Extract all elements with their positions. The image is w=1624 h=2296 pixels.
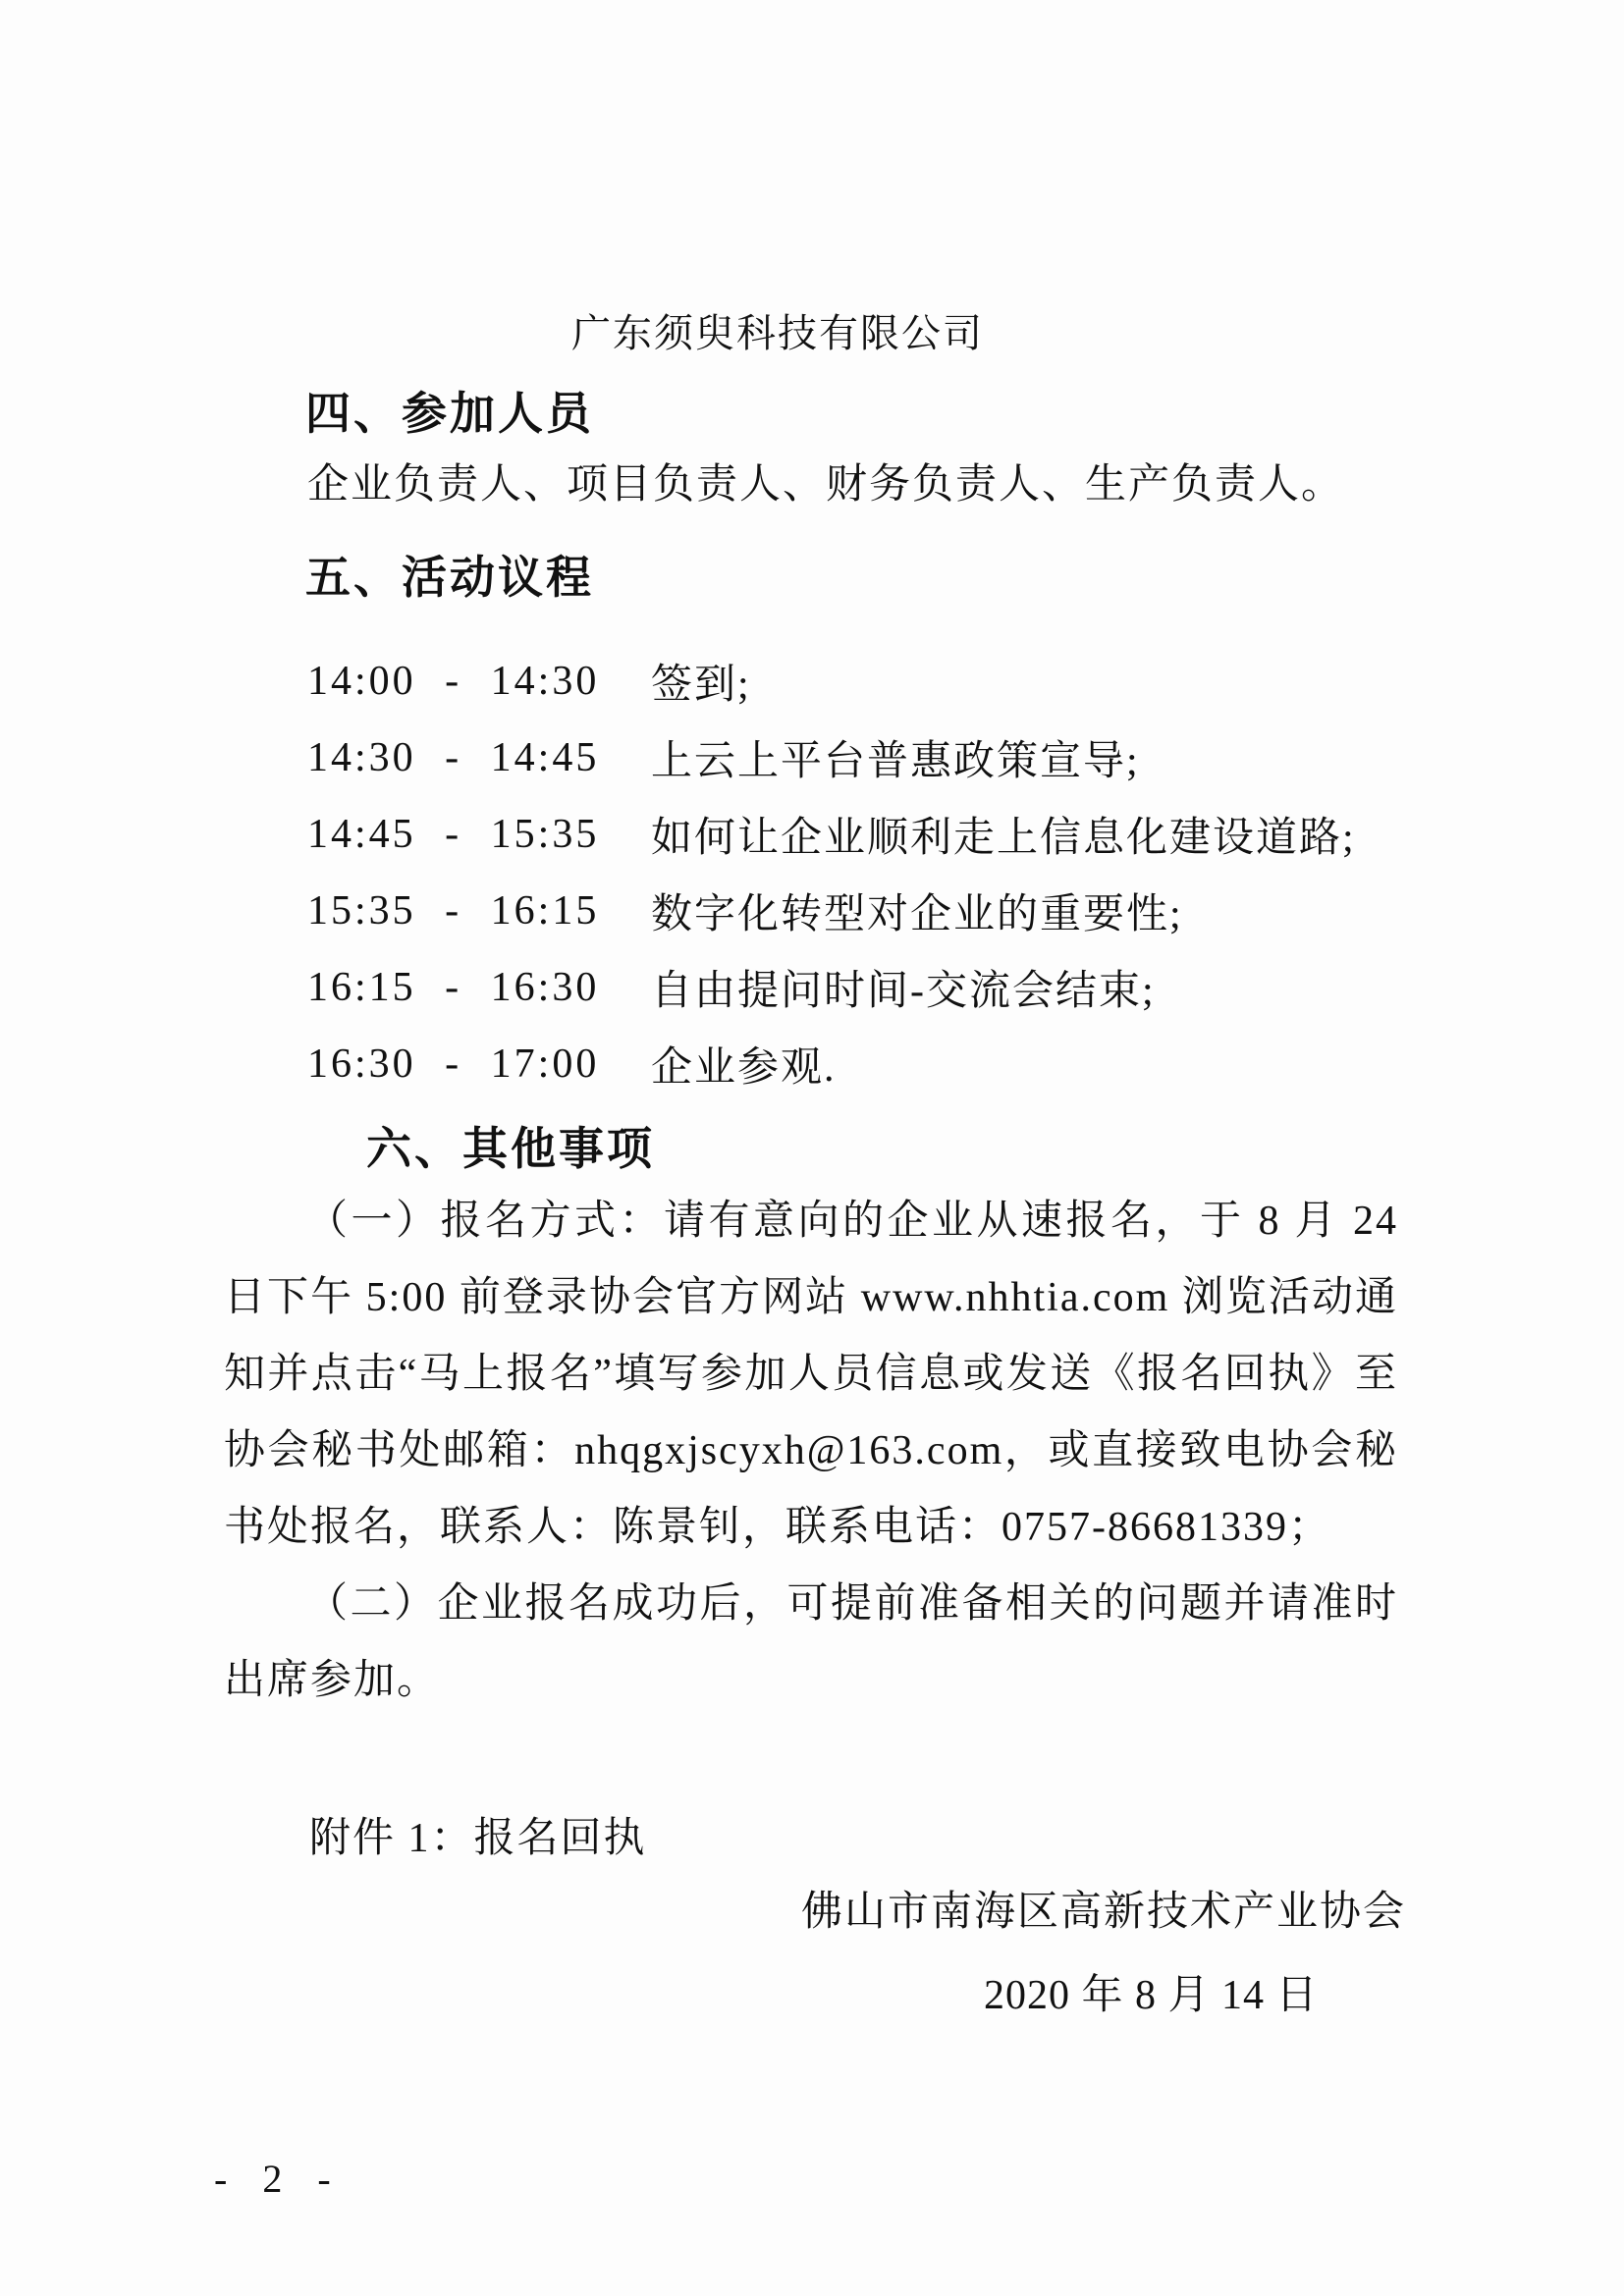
agenda-activity: 自由提问时间-交流会结束;	[651, 958, 1156, 1017]
agenda-list: 14:00 - 14:30 签到; 14:30 - 14:45 上云上平台普惠政…	[307, 643, 1407, 1102]
participants-text: 企业负责人、项目负责人、财务负责人、生产负责人。	[307, 464, 1344, 506]
agenda-activity: 企业参观.	[651, 1035, 837, 1094]
agenda-row: 16:15 - 16:30 自由提问时间-交流会结束;	[307, 949, 1407, 1026]
agenda-activity: 签到;	[651, 652, 751, 711]
agenda-time: 16:30 - 17:00	[307, 1041, 651, 1088]
agenda-activity: 数字化转型对企业的重要性;	[651, 881, 1183, 940]
section-heading-participants: 四、参加人员	[305, 391, 594, 436]
page-number: - 2 -	[214, 2160, 333, 2199]
issuer-signature: 佛山市南海区高新技术产业协会	[801, 1892, 1406, 1933]
agenda-time: 14:00 - 14:30	[307, 658, 651, 705]
agenda-row: 14:00 - 14:30 签到;	[307, 643, 1407, 720]
other-items-body: （一）报名方式：请有意向的企业从速报名，于 8 月 24 日下午 5:00 前登…	[224, 1183, 1398, 1719]
section-heading-agenda: 五、活动议程	[305, 555, 594, 600]
agenda-row: 16:30 - 17:00 企业参观.	[307, 1026, 1407, 1102]
agenda-row: 14:30 - 14:45 上云上平台普惠政策宣导;	[307, 720, 1407, 796]
agenda-time: 14:30 - 14:45	[307, 734, 651, 781]
section-heading-other-items: 六、其他事项	[366, 1126, 655, 1171]
company-name-line: 广东须臾科技有限公司	[571, 314, 984, 353]
agenda-time: 14:45 - 15:35	[307, 811, 651, 858]
paragraph-preparation: （二）企业报名成功后，可提前准备相关的问题并请准时出席参加。	[224, 1566, 1398, 1719]
agenda-activity: 如何让企业顺利走上信息化建设道路;	[651, 805, 1356, 864]
agenda-row: 14:45 - 15:35 如何让企业顺利走上信息化建设道路;	[307, 796, 1407, 873]
agenda-activity: 上云上平台普惠政策宣导;	[651, 728, 1140, 787]
issue-date: 2020 年 8 月 14 日	[984, 1975, 1319, 2016]
attachment-note: 附件 1：报名回执	[309, 1818, 647, 1859]
agenda-time: 15:35 - 16:15	[307, 887, 651, 934]
document-page: 广东须臾科技有限公司 四、参加人员 企业负责人、项目负责人、财务负责人、生产负责…	[0, 0, 1624, 2296]
agenda-row: 15:35 - 16:15 数字化转型对企业的重要性;	[307, 873, 1407, 949]
paragraph-registration: （一）报名方式：请有意向的企业从速报名，于 8 月 24 日下午 5:00 前登…	[224, 1183, 1398, 1566]
agenda-time: 16:15 - 16:30	[307, 964, 651, 1011]
